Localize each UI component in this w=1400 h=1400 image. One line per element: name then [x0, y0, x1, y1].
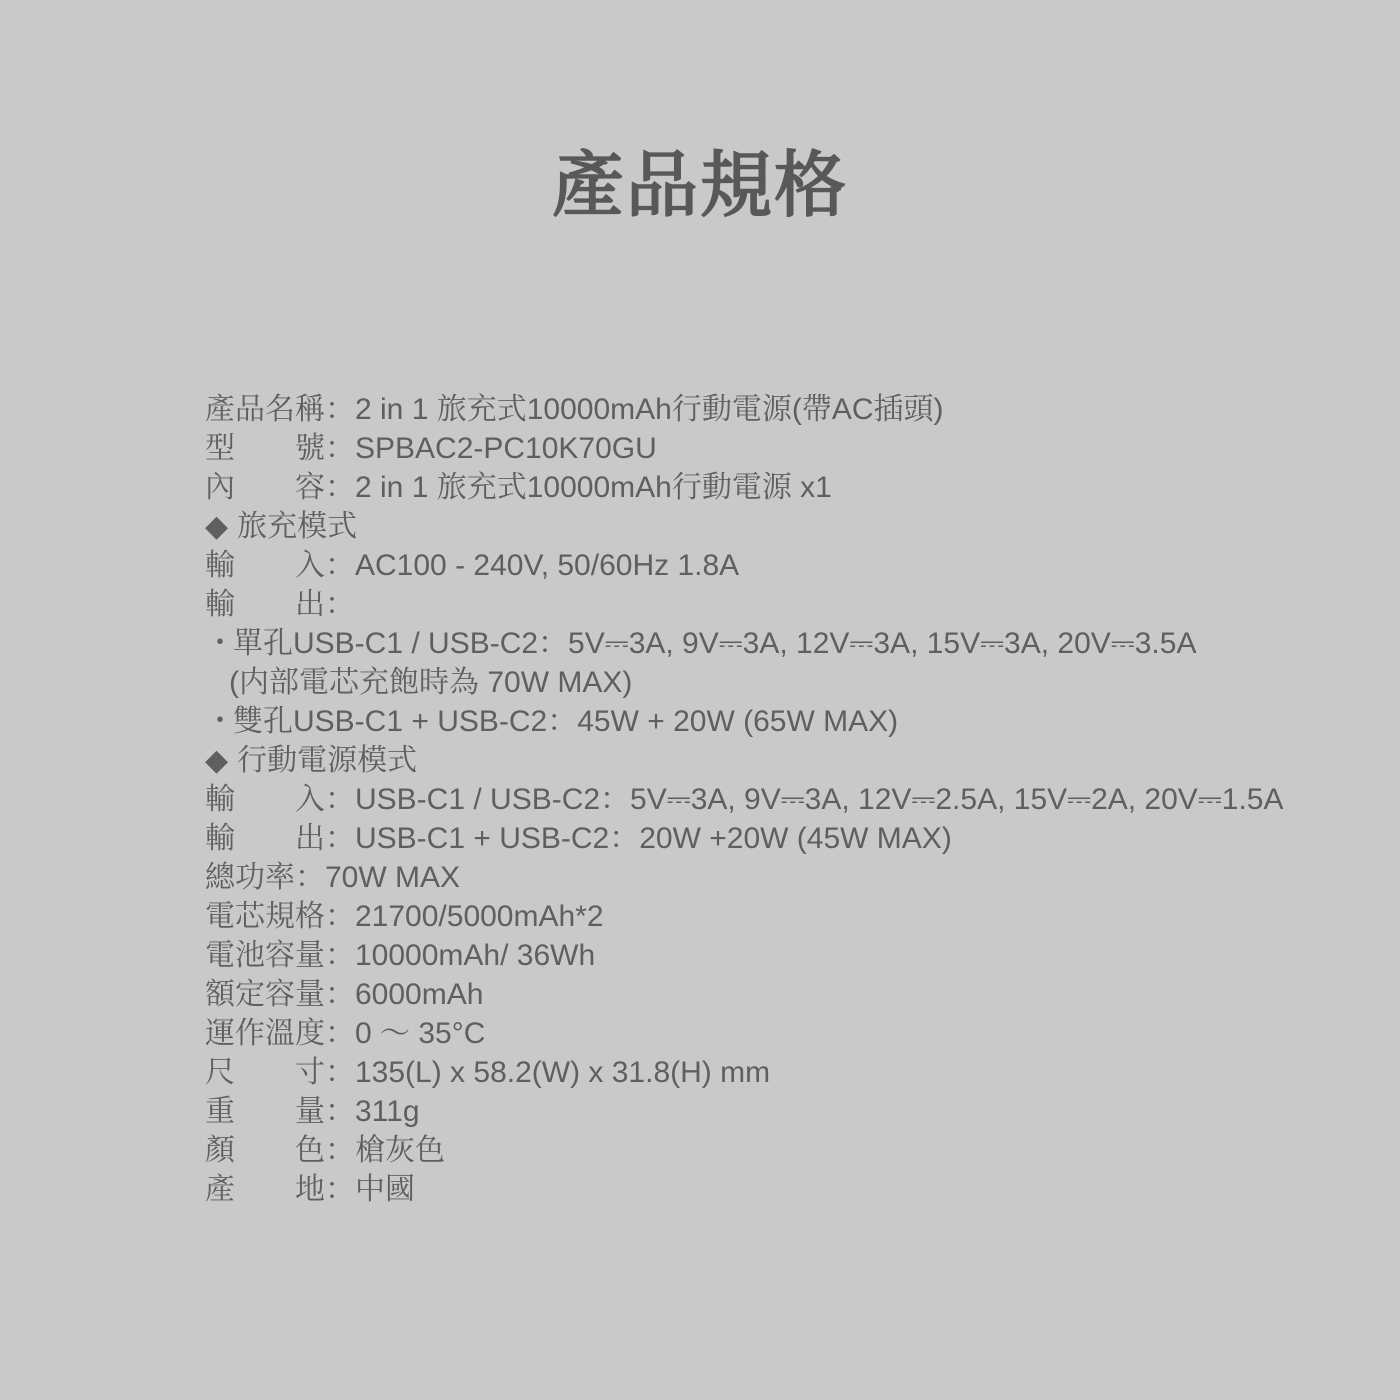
spec-value: 70W MAX — [325, 861, 460, 894]
spec-value: AC100 - 240V, 50/60Hz 1.8A — [355, 549, 739, 582]
bullet-row: ・單孔USB-C1 / USB-C2：5V⎓3A, 9V⎓3A, 12V⎓3A,… — [205, 624, 1305, 663]
spec-row: 型 號：SPBAC2-PC10K70GU — [205, 429, 1305, 468]
spec-colon: ： — [325, 1014, 355, 1053]
spec-row: 輸 出： — [205, 585, 1305, 624]
spec-label: 輸 入 — [205, 780, 325, 819]
spec-colon: ： — [325, 585, 355, 624]
spec-value: 2 in 1 旅充式10000mAh行動電源 x1 — [355, 471, 832, 504]
bullet-text: 雙孔USB-C1 + USB-C2：45W + 20W (65W MAX) — [233, 705, 898, 738]
diamond-icon: ◆ — [205, 744, 228, 777]
section-title: 行動電源模式 — [237, 744, 417, 777]
bullet-dot-icon: ・ — [205, 624, 233, 663]
spec-label: 產 地 — [205, 1170, 325, 1209]
spec-colon: ： — [295, 858, 325, 897]
spec-value: 311g — [355, 1095, 420, 1128]
spec-row: 電池容量：10000mAh/ 36Wh — [205, 936, 1305, 975]
spec-row: 電芯規格：21700/5000mAh*2 — [205, 897, 1305, 936]
spec-colon: ： — [325, 897, 355, 936]
spec-label: 顏 色 — [205, 1131, 325, 1170]
spec-label: 尺 寸 — [205, 1053, 325, 1092]
spec-value: 0 ～ 35°C — [355, 1017, 485, 1050]
spec-row: 總功率：70W MAX — [205, 858, 1305, 897]
spec-row: 顏 色：槍灰色 — [205, 1131, 1305, 1170]
spec-row: 輸 入：AC100 - 240V, 50/60Hz 1.8A — [205, 546, 1305, 585]
spec-colon: ： — [325, 1053, 355, 1092]
spec-colon: ： — [325, 780, 355, 819]
spec-colon: ： — [325, 1131, 355, 1170]
spec-value: 6000mAh — [355, 978, 483, 1011]
spec-value: 槍灰色 — [355, 1134, 445, 1167]
spec-value: USB-C1 / USB-C2：5V⎓3A, 9V⎓3A, 12V⎓2.5A, … — [355, 783, 1283, 816]
section-heading-row: ◆行動電源模式 — [205, 741, 1305, 780]
spec-value: 10000mAh/ 36Wh — [355, 939, 595, 972]
spec-label: 產品名稱 — [205, 390, 325, 429]
spec-row: 內 容：2 in 1 旅充式10000mAh行動電源 x1 — [205, 468, 1305, 507]
spec-row: 重 量：311g — [205, 1092, 1305, 1131]
spec-label: 輸 入 — [205, 546, 325, 585]
spec-label: 運作溫度 — [205, 1014, 325, 1053]
continuation-row: (内部電芯充飽時為 70W MAX) — [205, 663, 1305, 702]
bullet-text: 單孔USB-C1 / USB-C2：5V⎓3A, 9V⎓3A, 12V⎓3A, … — [233, 627, 1196, 660]
spec-row: 運作溫度：0 ～ 35°C — [205, 1014, 1305, 1053]
spec-row: 產 地：中國 — [205, 1170, 1305, 1209]
spec-list: 產品名稱：2 in 1 旅充式10000mAh行動電源(帶AC插頭)型 號：SP… — [205, 390, 1305, 1209]
spec-colon: ： — [325, 819, 355, 858]
spec-colon: ： — [325, 936, 355, 975]
spec-label: 電池容量 — [205, 936, 325, 975]
diamond-icon: ◆ — [205, 510, 228, 543]
spec-value: USB-C1 + USB-C2：20W +20W (45W MAX) — [355, 822, 952, 855]
spec-label: 輸 出 — [205, 585, 325, 624]
section-heading-row: ◆旅充模式 — [205, 507, 1305, 546]
spec-label: 電芯規格 — [205, 897, 325, 936]
spec-value: 2 in 1 旅充式10000mAh行動電源(帶AC插頭) — [355, 393, 944, 426]
spec-label: 總功率 — [205, 858, 295, 897]
bullet-dot-icon: ・ — [205, 702, 233, 741]
spec-colon: ： — [325, 429, 355, 468]
spec-label: 輸 出 — [205, 819, 325, 858]
continuation-text: (内部電芯充飽時為 70W MAX) — [229, 666, 632, 699]
spec-colon: ： — [325, 975, 355, 1014]
bullet-row: ・雙孔USB-C1 + USB-C2：45W + 20W (65W MAX) — [205, 702, 1305, 741]
spec-value: 135(L) x 58.2(W) x 31.8(H) mm — [355, 1056, 770, 1089]
spec-colon: ： — [325, 390, 355, 429]
spec-row: 尺 寸：135(L) x 58.2(W) x 31.8(H) mm — [205, 1053, 1305, 1092]
section-title: 旅充模式 — [237, 510, 357, 543]
spec-colon: ： — [325, 1092, 355, 1131]
spec-value: SPBAC2-PC10K70GU — [355, 432, 657, 465]
spec-label: 額定容量 — [205, 975, 325, 1014]
spec-value: 21700/5000mAh*2 — [355, 900, 604, 933]
spec-colon: ： — [325, 1170, 355, 1209]
spec-label: 內 容 — [205, 468, 325, 507]
spec-row: 產品名稱：2 in 1 旅充式10000mAh行動電源(帶AC插頭) — [205, 390, 1305, 429]
spec-value: 中國 — [355, 1173, 415, 1206]
spec-label: 型 號 — [205, 429, 325, 468]
spec-colon: ： — [325, 468, 355, 507]
spec-row: 額定容量：6000mAh — [205, 975, 1305, 1014]
page-title: 產品規格 — [0, 146, 1400, 226]
spec-label: 重 量 — [205, 1092, 325, 1131]
spec-row: 輸 入：USB-C1 / USB-C2：5V⎓3A, 9V⎓3A, 12V⎓2.… — [205, 780, 1305, 819]
spec-row: 輸 出：USB-C1 + USB-C2：20W +20W (45W MAX) — [205, 819, 1305, 858]
spec-colon: ： — [325, 546, 355, 585]
